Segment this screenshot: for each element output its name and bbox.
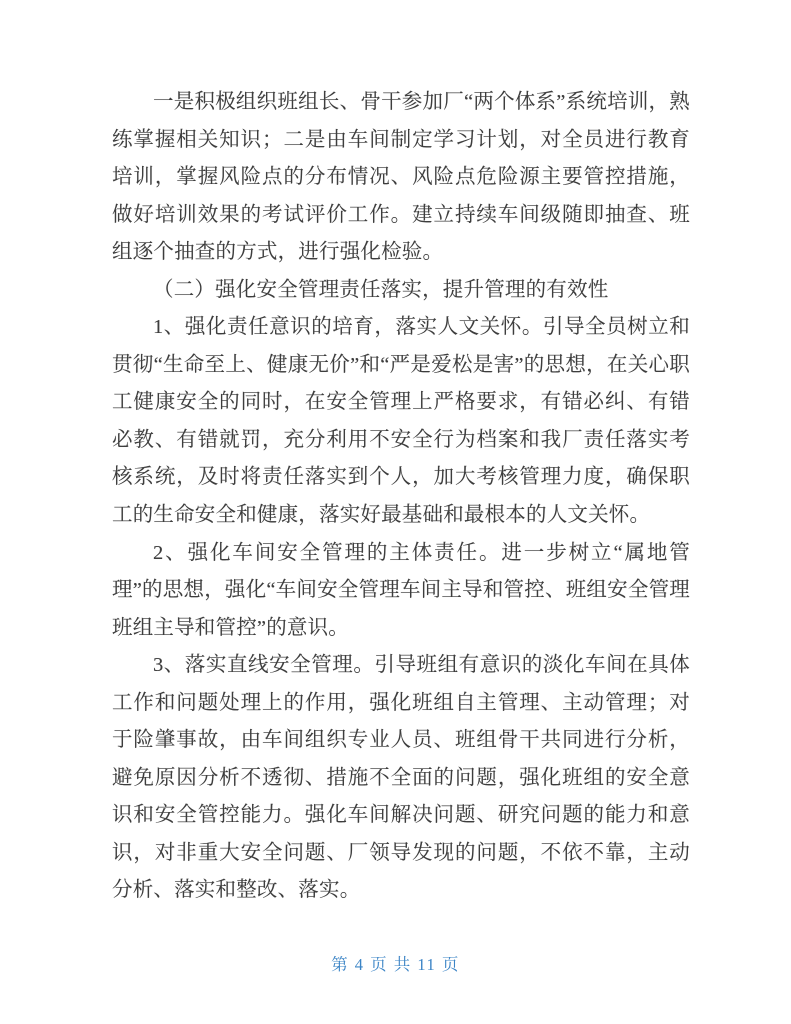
page-footer: 第 4 页 共 11 页 — [0, 952, 791, 978]
paragraph-training-measures: 一是积极组织班组长、骨干参加厂“两个体系”系统培训，熟练掌握相关知识；二是由车间… — [112, 84, 690, 272]
paragraph-item-3-direct-line-management: 3、落实直线安全管理。引导班组有意识的淡化车间在具体工作和问题处理上的作用，强化… — [112, 647, 690, 910]
document-body: 一是积极组织班组长、骨干参加厂“两个体系”系统培训，熟练掌握相关知识；二是由车间… — [112, 84, 690, 910]
paragraph-item-2-workshop-responsibility: 2、强化车间安全管理的主体责任。进一步树立“属地管理”的思想，强化“车间安全管理… — [112, 535, 690, 648]
section-heading-2: （二）强化安全管理责任落实，提升管理的有效性 — [112, 272, 690, 310]
paragraph-item-1-responsibility-awareness: 1、强化责任意识的培育，落实人文关怀。引导全员树立和贯彻“生命至上、健康无价”和… — [112, 309, 690, 534]
document-page: 一是积极组织班组长、骨干参加厂“两个体系”系统培训，熟练掌握相关知识；二是由车间… — [0, 0, 791, 1024]
page-number-indicator: 第 4 页 共 11 页 — [331, 955, 460, 974]
